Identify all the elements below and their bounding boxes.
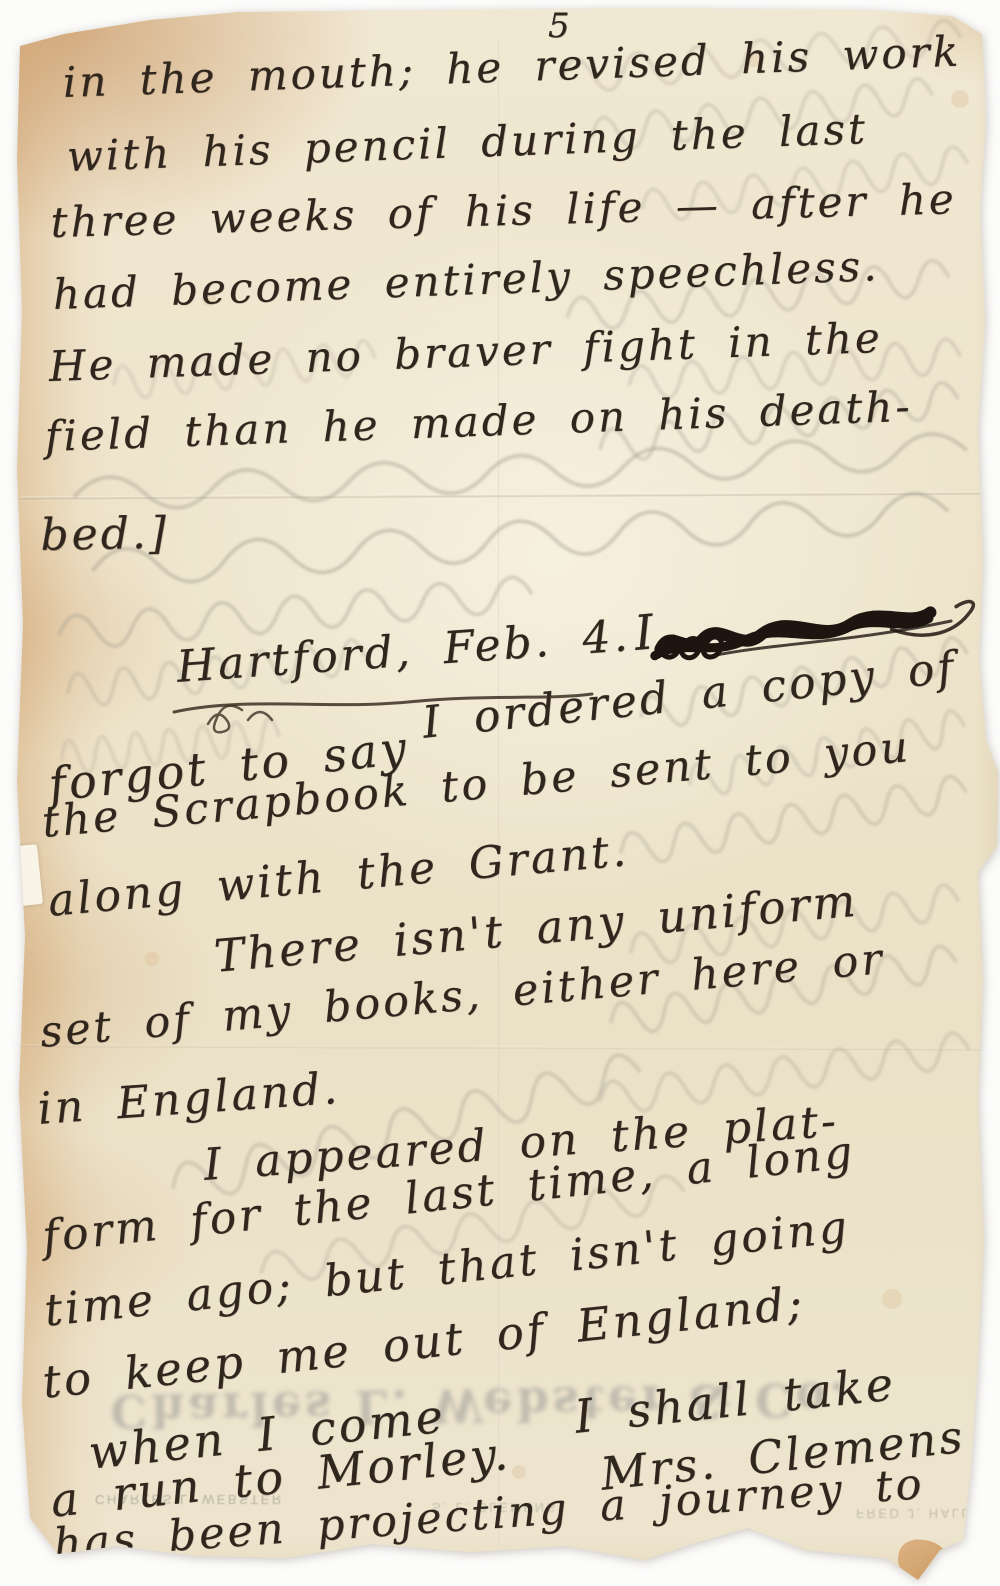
manuscript-line: three weeks of his life — after he <box>50 174 957 247</box>
manuscript-line: bed.] <box>40 508 169 561</box>
scanned-letter-page: Charles L. Webster & Co. CHARLES L. WEBS… <box>0 0 1000 1586</box>
manuscript-line: in England. <box>36 1063 342 1135</box>
tape-repair-patch <box>0 844 43 908</box>
foxing-spots <box>0 0 8 8</box>
dateline-pronoun: I <box>632 604 659 662</box>
manuscript-line: in the mouth; he revised his work <box>62 27 962 107</box>
torn-edge-chip <box>896 1537 952 1584</box>
manuscript-line: had become entirely speechless. <box>52 241 880 319</box>
manuscript-line: with his pencil during the last <box>66 104 869 181</box>
dateline-place-date: Hartford, Feb. 4. <box>175 610 632 693</box>
manuscript-line: He made no braver fight in the <box>48 313 883 391</box>
paper: Charles L. Webster & Co. CHARLES L. WEBS… <box>0 0 1000 1586</box>
manuscript-line: field than he made on his death- <box>44 382 913 461</box>
paper-shadow-wrap: Charles L. Webster & Co. CHARLES L. WEBS… <box>0 0 1000 1586</box>
fold-crease-horizontal-upper <box>20 491 982 500</box>
